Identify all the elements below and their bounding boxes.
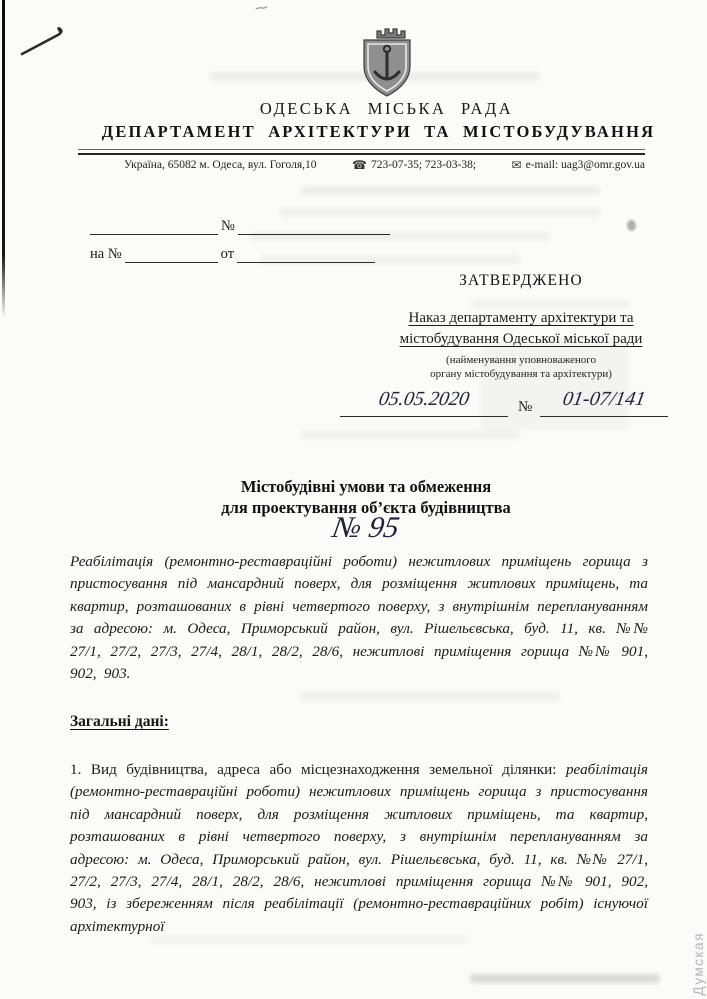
contact-row: Україна, 65082 м. Одеса, вул. Гоголя,10 …: [78, 159, 645, 171]
org-address: Україна, 65082 м. Одеса, вул. Гоголя,10: [124, 159, 317, 171]
org-email: ✉ e-mail: uag3@omr.gov.ua: [512, 159, 645, 171]
item-1-lead: 1. Вид будівництва, адреса або місцезнах…: [70, 761, 566, 778]
approval-order-line2: містобудування Одеської міської ради: [352, 331, 690, 348]
bleedthrough-artifact: [300, 430, 520, 439]
handwritten-date: 05.05.2020: [377, 388, 471, 411]
document-title-line1: Містобудівні умови та обмеження: [25, 477, 707, 497]
approval-date-number-row: 05.05.2020 № 01-07/141: [340, 388, 668, 417]
incoming-number-blank: [125, 247, 218, 263]
approval-number-field: 01-07/141: [540, 388, 668, 417]
incoming-date-blank: [237, 247, 375, 263]
header-divider: [78, 149, 645, 155]
ot-label: от: [218, 246, 237, 263]
object-description-paragraph: Реабілітація (ремонтно-реставраційні роб…: [70, 551, 648, 685]
number-sign-label: №: [218, 218, 238, 235]
phone-icon: ☎: [352, 159, 367, 171]
org-email-text: e-mail: uag3@omr.gov.ua: [526, 159, 645, 171]
department-name: ДЕПАРТАМЕНТ АРХІТЕКТУРИ ТА МІСТОБУДУВАНН…: [50, 122, 707, 142]
bleedthrough-artifact: [300, 186, 600, 195]
handwritten-pen-mark: [16, 20, 76, 60]
bleedthrough-artifact: [470, 974, 660, 983]
scan-speck: [627, 220, 636, 231]
org-phones-text: 723-07-35; 723-03-38;: [371, 159, 476, 171]
bleedthrough-artifact: [280, 208, 600, 217]
outgoing-ref-row: №: [90, 218, 390, 235]
handwritten-doc-number: № 95: [25, 511, 707, 551]
odessa-coat-of-arms-icon: [354, 26, 420, 100]
general-data-heading: Загальні дані:: [70, 713, 169, 731]
outgoing-date-blank: [90, 219, 218, 235]
approval-order-line1: Наказ департаменту архітектури та: [352, 310, 690, 327]
dumskaya-watermark: Думская: [691, 932, 706, 996]
email-icon: ✉: [512, 159, 522, 171]
bleedthrough-artifact: [300, 692, 560, 701]
approval-date-field: 05.05.2020: [340, 388, 508, 417]
scan-edge-artifact: [2, 0, 5, 318]
organization-name: ОДЕСЬКА МІСЬКА РАДА: [66, 99, 707, 119]
item-1-text: реабілітація (ремонтно-реставраційні роб…: [70, 761, 648, 935]
outgoing-number-blank: [238, 219, 390, 235]
approval-clarification-line2: органу містобудування та архітектури): [352, 368, 690, 380]
approval-clarification-line1: (найменування уповноваженого: [352, 354, 690, 366]
number-sign: №: [508, 399, 540, 417]
na-number-label: на №: [90, 246, 125, 263]
bleedthrough-artifact: [470, 300, 630, 308]
approved-label: ЗАТВЕРДЖЕНО: [360, 272, 682, 290]
scanned-document-page: ⁓ ОДЕСЬКА МІСЬКА РАДА ДЕПАРТАМЕНТ АРХІТЕ…: [0, 0, 707, 999]
handwritten-number: 01-07/141: [561, 388, 647, 411]
item-1-paragraph: 1. Вид будівництва, адреса або місцезнах…: [70, 759, 648, 938]
org-phones: ☎ 723-07-35; 723-03-38;: [352, 159, 476, 171]
scan-speck-top: ⁓: [254, 0, 269, 17]
incoming-ref-row: на № от: [90, 246, 375, 263]
